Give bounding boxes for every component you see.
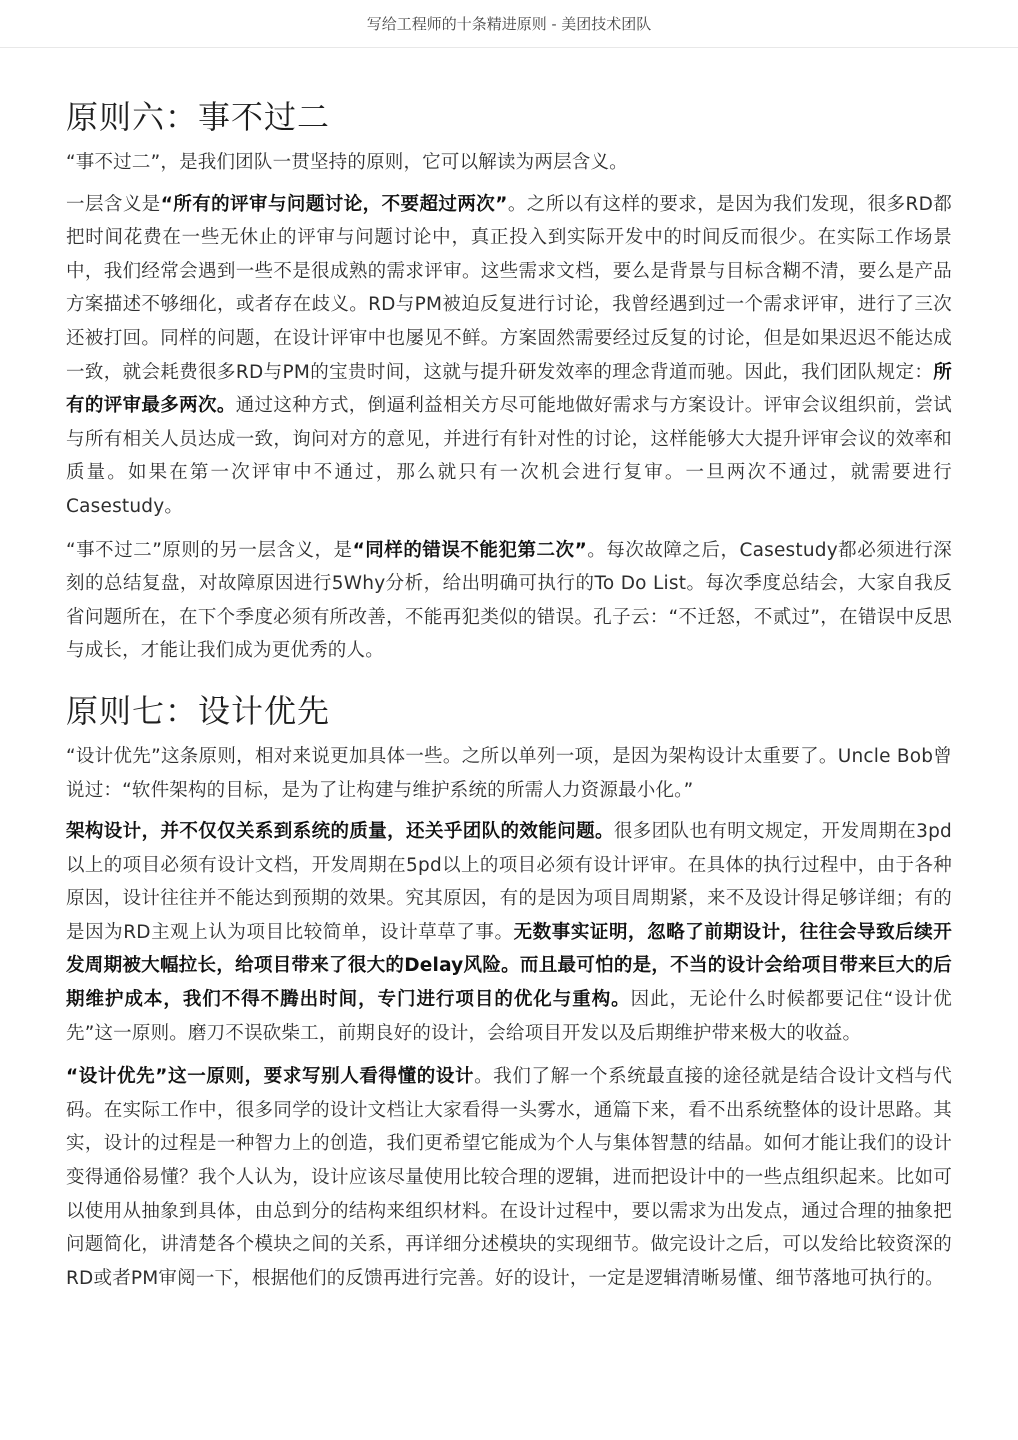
section-heading: 原则六：事不过二 [66, 88, 952, 146]
text-segment: 一层含义是 [66, 194, 161, 215]
paragraph: “设计优先”这条原则，相对来说更加具体一些。之所以单列一项，是因为架构设计太重要… [66, 740, 952, 807]
emphasis-text: “设计优先”这一原则，要求写别人看得懂的设计 [66, 1066, 474, 1087]
page-header: 写给工程师的十条精进原则 - 美团技术团队 [0, 0, 1018, 48]
text-segment: 。之所以有这样的要求，是因为我们发现，很多RD都把时间花费在一些无休止的评审与问… [66, 194, 952, 383]
text-segment: “事不过二”，是我们团队一贯坚持的原则，它可以解读为两层含义。 [66, 152, 628, 173]
section-principle-6: 原则六：事不过二 “事不过二”，是我们团队一贯坚持的原则，它可以解读为两层含义。… [66, 88, 952, 668]
article-body: 原则六：事不过二 “事不过二”，是我们团队一贯坚持的原则，它可以解读为两层含义。… [66, 88, 952, 1305]
paragraph: “设计优先”这一原则，要求写别人看得懂的设计。我们了解一个系统最直接的途径就是结… [66, 1060, 952, 1295]
text-segment: “事不过二”原则的另一层含义，是 [66, 540, 353, 561]
paragraph: “事不过二”，是我们团队一贯坚持的原则，它可以解读为两层含义。 [66, 146, 952, 180]
document-title: 写给工程师的十条精进原则 - 美团技术团队 [367, 15, 652, 33]
section-principle-7: 原则七：设计优先 “设计优先”这条原则，相对来说更加具体一些。之所以单列一项，是… [66, 682, 952, 1296]
paragraph: 一层含义是“所有的评审与问题讨论，不要超过两次”。之所以有这样的要求，是因为我们… [66, 188, 952, 524]
section-heading: 原则七：设计优先 [66, 682, 952, 740]
paragraph: 架构设计，并不仅仅关系到系统的质量，还关乎团队的效能问题。很多团队也有明文规定，… [66, 815, 952, 1050]
emphasis-text: “同样的错误不能犯第二次” [353, 540, 587, 561]
text-segment: “设计优先”这条原则，相对来说更加具体一些。之所以单列一项，是因为架构设计太重要… [66, 746, 952, 801]
emphasis-text: “所有的评审与问题讨论，不要超过两次” [161, 194, 508, 215]
text-segment: 。我们了解一个系统最直接的途径就是结合设计文档与代码。在实际工作中，很多同学的设… [66, 1066, 952, 1289]
paragraph: “事不过二”原则的另一层含义，是“同样的错误不能犯第二次”。每次故障之后，Cas… [66, 534, 952, 668]
emphasis-text: 架构设计，并不仅仅关系到系统的质量，还关乎团队的效能问题。 [66, 821, 614, 842]
